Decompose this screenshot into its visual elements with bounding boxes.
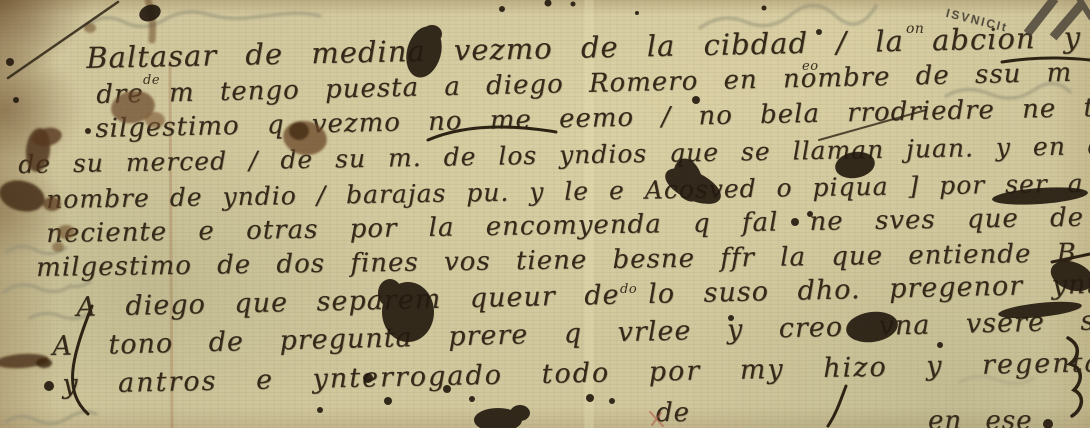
manuscript-line-11: de [656,400,690,426]
superscript-abbreviation: do [620,283,637,296]
manuscript-page: Baltasar de medina vezmo de la cibdad / … [0,0,1090,428]
superscript-abbreviation: de [143,74,160,87]
manuscript-line-12: en ese [928,408,1033,428]
superscript-abbreviation: on [906,22,924,36]
superscript-abbreviation: eo [802,60,819,73]
